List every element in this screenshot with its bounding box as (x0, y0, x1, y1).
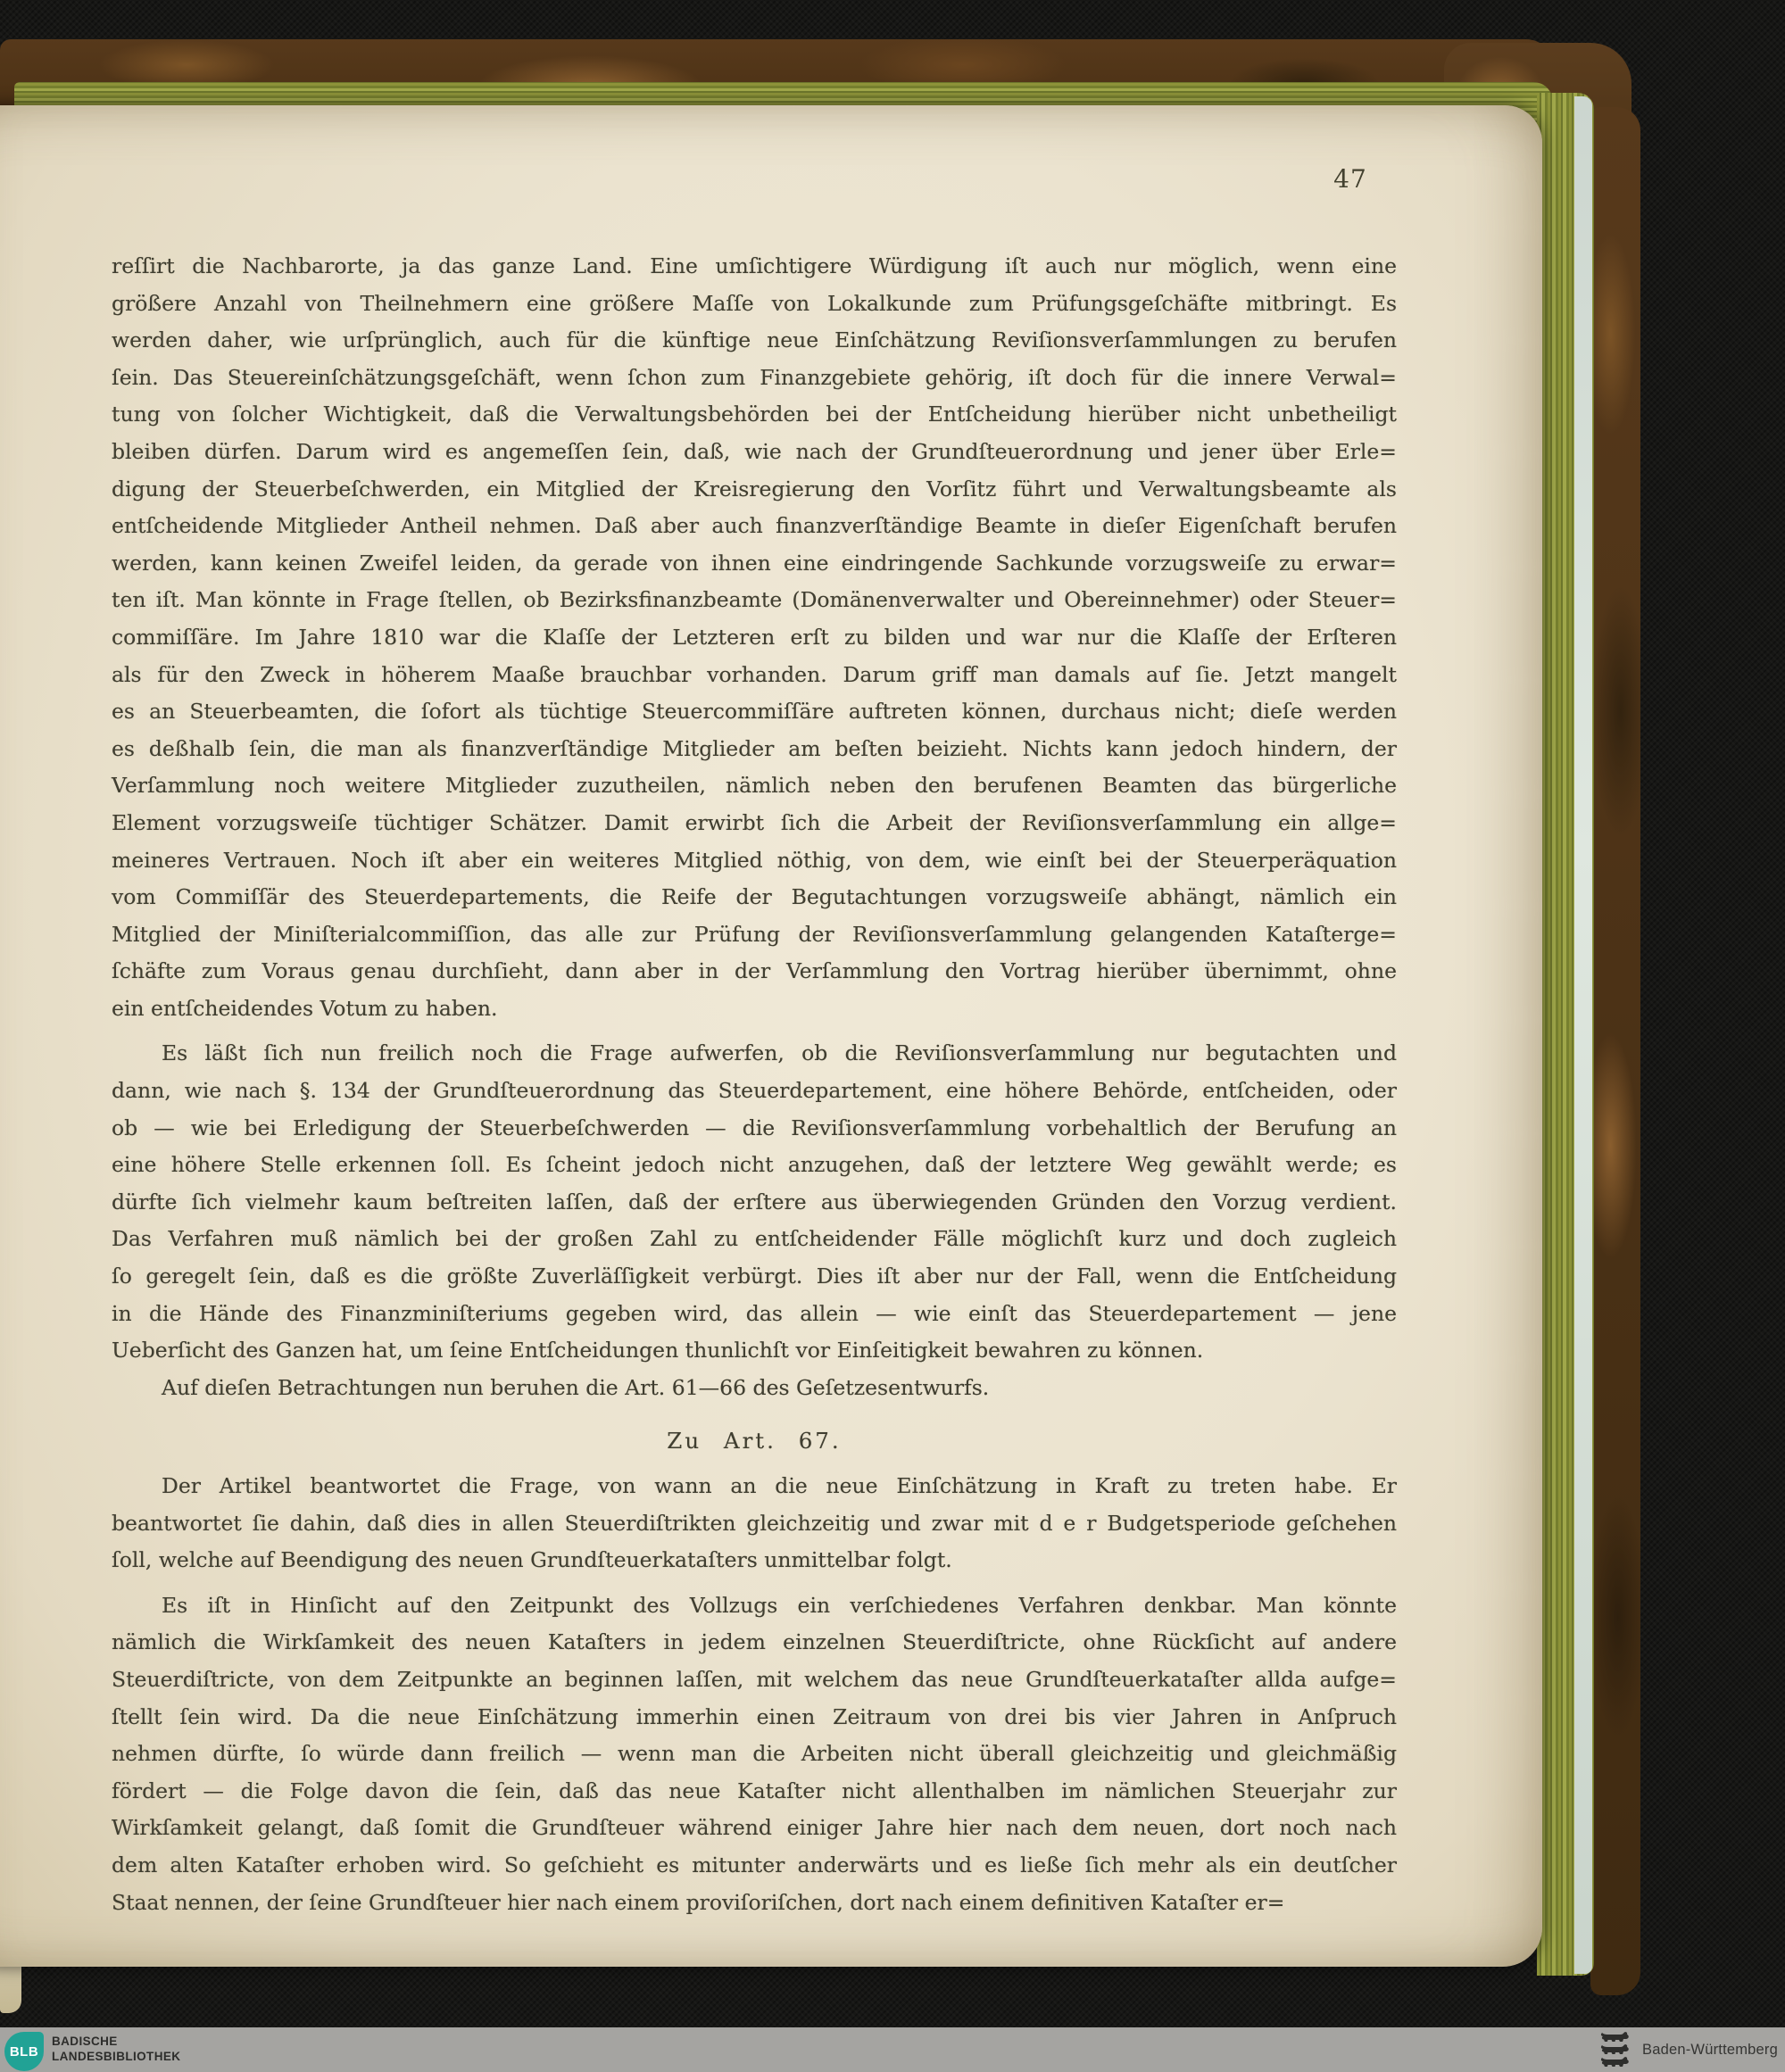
text-line: Staat nennen, der ſeine Grundſteuer hier… (112, 1885, 1397, 1922)
text-line: in die Hände des Finanzminiſteriums gege… (112, 1296, 1397, 1333)
paragraph: reſſirt die Nachbarorte, ja das ganze La… (112, 248, 1397, 1027)
section-heading: Zu Art. 67. (112, 1422, 1397, 1460)
text-line: Es iſt in Hinſicht auf den Zeitpunkt des… (112, 1587, 1397, 1625)
blb-logo-text: BLB (10, 2044, 38, 2060)
paragraph: Es iſt in Hinſicht auf den Zeitpunkt des… (112, 1587, 1397, 1921)
text-line: Das Verfahren muß nämlich bei der großen… (112, 1221, 1397, 1258)
library-name: BADISCHE LANDESBIBLIOTHEK (52, 2035, 180, 2064)
text-line: Wirkſamkeit gelangt, daß ſomit die Grund… (112, 1810, 1397, 1847)
text-line: digung der Steuerbeſchwerden, ein Mitgli… (112, 471, 1397, 509)
text-line: größere Anzahl von Theilnehmern eine grö… (112, 286, 1397, 323)
text-line: reſſirt die Nachbarorte, ja das ganze La… (112, 248, 1397, 286)
text-line: Steuerdiſtricte, von dem Zeitpunkte an b… (112, 1662, 1397, 1699)
library-name-line2: LANDESBIBLIOTHEK (52, 2050, 180, 2065)
text-line: Ueberſicht des Ganzen hat, um ſeine Entſ… (112, 1332, 1397, 1370)
text-line: ten iſt. Man könnte in Frage ſtellen, ob… (112, 582, 1397, 619)
text-line: Element vorzugsweiſe tüchtiger Schätzer.… (112, 805, 1397, 842)
text-line: Auf dieſen Betrachtungen nun beruhen die… (112, 1370, 1397, 1407)
scanned-book-photo: 47 reſſirt die Nachbarorte, ja das ganze… (0, 0, 1785, 2072)
text-line: ſein. Das Steuereinſchätzungsgeſchäft, w… (112, 360, 1397, 397)
text-line: commiſſäre. Im Jahre 1810 war die Klaſſe… (112, 619, 1397, 657)
text-line: ſtellt ſein wird. Da die neue Einſchätzu… (112, 1699, 1397, 1736)
text-line: ein entſcheidendes Votum zu haben. (112, 990, 1397, 1028)
text-line: es an Steuerbeamten, die ſofort als tüch… (112, 693, 1397, 731)
state-branding: Baden-Württemberg (1598, 2027, 1778, 2072)
paragraph: Auf dieſen Betrachtungen nun beruhen die… (112, 1370, 1397, 1407)
text-line: ob — wie bei Erledigung der Steuerbeſchw… (112, 1110, 1397, 1148)
text-line: Verſammlung noch weitere Mitglieder zuzu… (112, 767, 1397, 805)
text-line: beantwortet ſie dahin, daß dies in allen… (112, 1505, 1397, 1543)
text-line: dem alten Kataſter erhoben wird. So geſc… (112, 1847, 1397, 1885)
paragraph: Es läßt ſich nun freilich noch die Frage… (112, 1035, 1397, 1369)
text-line: dann, wie nach §. 134 der Grundſteuerord… (112, 1073, 1397, 1110)
text-line: eine höhere Stelle erkennen ſoll. Es ſch… (112, 1147, 1397, 1184)
page-number: 47 (1310, 164, 1391, 194)
bw-coat-of-arms-icon (1598, 2031, 1633, 2068)
page-edge-highlight (1574, 96, 1592, 1974)
paragraph: Der Artikel beantwortet die Frage, von w… (112, 1468, 1397, 1579)
bw-state-label: Baden-Württemberg (1642, 2042, 1778, 2059)
text-line: bleiben dürfen. Darum wird es angemeſſen… (112, 434, 1397, 471)
text-line: nämlich die Wirkſamkeit des neuen Kataſt… (112, 1624, 1397, 1662)
library-name-line1: BADISCHE (52, 2035, 180, 2050)
text-line: Der Artikel beantwortet die Frage, von w… (112, 1468, 1397, 1505)
book-spine-leather (1590, 107, 1640, 1995)
text-line: es deßhalb ſein, die man als finanzverſt… (112, 731, 1397, 768)
text-line: Mitglied der Miniſterialcommiſſion, das … (112, 916, 1397, 954)
text-line: werden, kann keinen Zweifel leiden, da g… (112, 545, 1397, 583)
text-line: meineres Vertrauen. Noch iſt aber ein we… (112, 842, 1397, 880)
page-text: reſſirt die Nachbarorte, ja das ganze La… (112, 248, 1397, 1921)
text-line: ſoll, welche auf Beendigung des neuen Gr… (112, 1542, 1397, 1579)
text-line: tung von ſolcher Wichtigkeit, daß die Ve… (112, 396, 1397, 434)
blb-logo: BLB (4, 2032, 44, 2071)
text-line: Es läßt ſich nun freilich noch die Frage… (112, 1035, 1397, 1073)
text-line: fördert — die Folge davon die ſein, daß … (112, 1773, 1397, 1811)
text-line: entſcheidende Mitglieder Antheil nehmen.… (112, 508, 1397, 545)
text-line: ſo geregelt ſein, daß es die größte Zuve… (112, 1258, 1397, 1296)
text-line: werden daher, wie urſprünglich, auch für… (112, 322, 1397, 360)
text-line: dürfte ſich vielmehr kaum beſtreiten laſ… (112, 1184, 1397, 1222)
footer-bar: BLB BADISCHE LANDESBIBLIOTHEK Baden-Würt… (0, 2027, 1785, 2072)
text-line: ſchäfte zum Voraus genau durchſieht, dan… (112, 953, 1397, 990)
text-line: nehmen dürfte, ſo würde dann freilich — … (112, 1736, 1397, 1773)
text-line: als für den Zweck in höherem Maaße brauc… (112, 657, 1397, 694)
text-line: vom Commiſſär des Steuerdepartements, di… (112, 879, 1397, 916)
